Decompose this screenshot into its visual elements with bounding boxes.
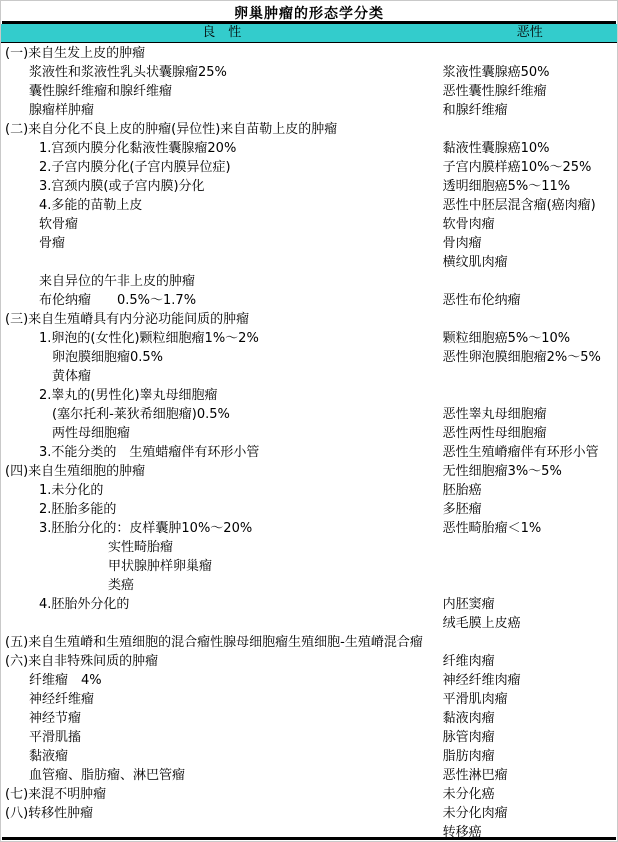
malignant-cell [443, 310, 617, 329]
benign-cell: (五)来自生殖嵴和生殖细胞的混合瘤性腺母细胞瘤生殖细胞-生殖嵴混合瘤 [1, 633, 443, 652]
table-row: 神经纤维瘤 平滑肌肉瘤 [1, 690, 617, 709]
table-row: 卵泡膜细胞瘤0.5% 恶性卵泡膜细胞瘤2%～5% [1, 348, 617, 367]
malignant-cell [443, 272, 617, 291]
malignant-cell: 子宫内膜样癌10%～25% [443, 158, 617, 177]
malignant-cell: 恶性囊性腺纤维瘤 [443, 82, 617, 101]
malignant-cell: 恶性两性母细胞瘤 [443, 424, 617, 443]
benign-cell: 实性畸胎瘤 [1, 538, 443, 557]
benign-cell: 软骨瘤 [1, 215, 443, 234]
table-row: (二)来自分化不良上皮的肿瘤(异位性)来自苗勒上皮的肿瘤 [1, 120, 617, 139]
benign-cell: 1.宫颈内膜分化黏液性囊腺瘤20% [1, 139, 443, 158]
table-row: 3.胚胎分化的：皮样囊肿10%～20% 恶性畸胎瘤＜1% [1, 519, 617, 538]
malignant-cell [443, 367, 617, 386]
benign-cell: 卵泡膜细胞瘤0.5% [1, 348, 443, 367]
malignant-cell: 黏液肉瘤 [443, 709, 617, 728]
bottom-rule [2, 837, 616, 840]
malignant-cell: 未分化癌 [443, 785, 617, 804]
benign-cell: 3.宫颈内膜(或子宫内膜)分化 [1, 177, 443, 196]
table-row: 布伦纳瘤 0.5%～1.7% 恶性布伦纳瘤 [1, 291, 617, 310]
malignant-column-header: 恶性 [443, 24, 617, 42]
table-row: 甲状腺肿样卵巢瘤 [1, 557, 617, 576]
benign-cell: 来自异位的午非上皮的肿瘤 [1, 272, 443, 291]
malignant-cell: 神经纤维肉瘤 [443, 671, 617, 690]
benign-cell: (八)转移性肿瘤 [1, 804, 443, 823]
table-row: 4.胚胎外分化的 内胚窦瘤 [1, 595, 617, 614]
malignant-cell: 脂肪肉瘤 [443, 747, 617, 766]
benign-cell: 神经节瘤 [1, 709, 443, 728]
benign-cell: (一)来自生发上皮的肿瘤 [1, 44, 443, 63]
benign-cell: 两性母细胞瘤 [1, 424, 443, 443]
table-row: (一)来自生发上皮的肿瘤 [1, 44, 617, 63]
table-row: 血管瘤、脂肪瘤、淋巴管瘤 恶性淋巴瘤 [1, 766, 617, 785]
malignant-cell [443, 120, 617, 139]
table-row: 1.宫颈内膜分化黏液性囊腺瘤20% 黏液性囊腺癌10% [1, 139, 617, 158]
malignant-cell: 恶性卵泡膜细胞瘤2%～5% [443, 348, 617, 367]
benign-cell: 3.不能分类的 生殖蜡瘤伴有环形小管 [1, 443, 443, 462]
malignant-cell [443, 633, 617, 652]
malignant-cell: 软骨肉瘤 [443, 215, 617, 234]
malignant-cell: 恶性生殖嵴瘤伴有环形小管 [443, 443, 617, 462]
malignant-cell: 恶性淋巴瘤 [443, 766, 617, 785]
malignant-cell: 恶性睾丸母细胞瘤 [443, 405, 617, 424]
table-row: (四)来自生殖细胞的肿瘤 无性细胞瘤3%～5% [1, 462, 617, 481]
table-row: 浆液性和浆液性乳头状囊腺瘤25% 浆液性囊腺癌50% [1, 63, 617, 82]
malignant-cell: 骨肉瘤 [443, 234, 617, 253]
malignant-cell: 和腺纤维瘤 [443, 101, 617, 120]
table-row: 囊性腺纤维瘤和腺纤维瘤 恶性囊性腺纤维瘤 [1, 82, 617, 101]
table-row: 黄体瘤 [1, 367, 617, 386]
malignant-cell: 无性细胞瘤3%～5% [443, 462, 617, 481]
malignant-cell [443, 557, 617, 576]
benign-column-header: 良 性 [1, 24, 443, 42]
malignant-cell: 纤维肉瘤 [443, 652, 617, 671]
benign-cell: (三)来自生殖嵴具有内分泌功能间质的肿瘤 [1, 310, 443, 329]
malignant-cell: 脉管肉瘤 [443, 728, 617, 747]
benign-cell: 3.胚胎分化的：皮样囊肿10%～20% [1, 519, 443, 538]
malignant-cell: 恶性中胚层混含瘤(癌肉瘤) [443, 196, 617, 215]
benign-cell: (七)来混不明肿瘤 [1, 785, 443, 804]
benign-cell: (二)来自分化不良上皮的肿瘤(异位性)来自苗勒上皮的肿瘤 [1, 120, 443, 139]
table-row: (六)来自非特殊间质的肿瘤 纤维肉瘤 [1, 652, 617, 671]
table-row: 两性母细胞瘤 恶性两性母细胞瘤 [1, 424, 617, 443]
table-row: 3.宫颈内膜(或子宫内膜)分化 透明细胞癌5%～11% [1, 177, 617, 196]
malignant-cell [443, 44, 617, 63]
page-title: 卵巢肿瘤的形态学分类 [1, 3, 617, 23]
table-row: 2.胚胎多能的 多胚瘤 [1, 500, 617, 519]
malignant-cell: 透明细胞癌5%～11% [443, 177, 617, 196]
table-row: 横纹肌肉瘤 [1, 253, 617, 272]
benign-cell [1, 614, 443, 633]
benign-cell: 布伦纳瘤 0.5%～1.7% [1, 291, 443, 310]
table-row: 2.子宫内膜分化(子宫内膜异位症) 子宫内膜样癌10%～25% [1, 158, 617, 177]
malignant-cell [443, 538, 617, 557]
malignant-cell: 绒毛膜上皮癌 [443, 614, 617, 633]
benign-cell: 腺瘤样肿瘤 [1, 101, 443, 120]
malignant-cell [443, 576, 617, 595]
table-row: 软骨瘤 软骨肉瘤 [1, 215, 617, 234]
table-row: 4.多能的苗勒上皮 恶性中胚层混含瘤(癌肉瘤) [1, 196, 617, 215]
malignant-cell: 恶性布伦纳瘤 [443, 291, 617, 310]
table-row: (八)转移性肿瘤 未分化肉瘤 [1, 804, 617, 823]
table-row: 2.睾丸的(男性化)睾丸母细胞瘤 [1, 386, 617, 405]
document-page: 卵巢肿瘤的形态学分类 良 性 恶性 (一)来自生发上皮的肿瘤 浆液性和浆液性乳头… [0, 0, 618, 842]
benign-cell: 1.未分化的 [1, 481, 443, 500]
malignant-cell: 多胚瘤 [443, 500, 617, 519]
malignant-cell: 浆液性囊腺癌50% [443, 63, 617, 82]
malignant-cell: 平滑肌肉瘤 [443, 690, 617, 709]
benign-cell [1, 253, 443, 272]
benign-cell: 骨瘤 [1, 234, 443, 253]
benign-cell: 平滑肌搐 [1, 728, 443, 747]
table-row: 1.未分化的 胚胎癌 [1, 481, 617, 500]
table-row: 来自异位的午非上皮的肿瘤 [1, 272, 617, 291]
table-row: 骨瘤 骨肉瘤 [1, 234, 617, 253]
malignant-cell: 胚胎癌 [443, 481, 617, 500]
benign-cell: (六)来自非特殊间质的肿瘤 [1, 652, 443, 671]
table-row: 平滑肌搐 脉管肉瘤 [1, 728, 617, 747]
benign-cell: 2.子宫内膜分化(子宫内膜异位症) [1, 158, 443, 177]
benign-cell: 神经纤维瘤 [1, 690, 443, 709]
table-header: 良 性 恶性 [1, 24, 617, 43]
benign-cell: 血管瘤、脂肪瘤、淋巴管瘤 [1, 766, 443, 785]
benign-cell: (四)来自生殖细胞的肿瘤 [1, 462, 443, 481]
table-row: (塞尔托利-莱狄希细胞瘤)0.5% 恶性睾丸母细胞瘤 [1, 405, 617, 424]
table-row: 腺瘤样肿瘤 和腺纤维瘤 [1, 101, 617, 120]
benign-cell: 甲状腺肿样卵巢瘤 [1, 557, 443, 576]
table-body: (一)来自生发上皮的肿瘤 浆液性和浆液性乳头状囊腺瘤25% 浆液性囊腺癌50% … [1, 44, 617, 842]
table-row: 实性畸胎瘤 [1, 538, 617, 557]
malignant-cell: 颗粒细胞癌5%～10% [443, 329, 617, 348]
table-row: 黏液瘤 脂肪肉瘤 [1, 747, 617, 766]
table-row: 纤维瘤 4% 神经纤维肉瘤 [1, 671, 617, 690]
malignant-cell: 黏液性囊腺癌10% [443, 139, 617, 158]
benign-cell: 黏液瘤 [1, 747, 443, 766]
benign-cell: (塞尔托利-莱狄希细胞瘤)0.5% [1, 405, 443, 424]
benign-cell: 2.睾丸的(男性化)睾丸母细胞瘤 [1, 386, 443, 405]
table-row: 类癌 [1, 576, 617, 595]
table-row: 神经节瘤 黏液肉瘤 [1, 709, 617, 728]
table-row: (三)来自生殖嵴具有内分泌功能间质的肿瘤 [1, 310, 617, 329]
malignant-cell: 未分化肉瘤 [443, 804, 617, 823]
malignant-cell [443, 386, 617, 405]
table-row: (七)来混不明肿瘤 未分化癌 [1, 785, 617, 804]
malignant-cell: 横纹肌肉瘤 [443, 253, 617, 272]
benign-cell: 囊性腺纤维瘤和腺纤维瘤 [1, 82, 443, 101]
table-row: 3.不能分类的 生殖蜡瘤伴有环形小管 恶性生殖嵴瘤伴有环形小管 [1, 443, 617, 462]
table-row: (五)来自生殖嵴和生殖细胞的混合瘤性腺母细胞瘤生殖细胞-生殖嵴混合瘤 [1, 633, 617, 652]
benign-cell: 类癌 [1, 576, 443, 595]
table-row: 1.卵泡的(女性化)颗粒细胞瘤1%～2% 颗粒细胞癌5%～10% [1, 329, 617, 348]
malignant-cell: 内胚窦瘤 [443, 595, 617, 614]
benign-cell: 2.胚胎多能的 [1, 500, 443, 519]
malignant-cell: 恶性畸胎瘤＜1% [443, 519, 617, 538]
benign-cell: 纤维瘤 4% [1, 671, 443, 690]
benign-cell: 1.卵泡的(女性化)颗粒细胞瘤1%～2% [1, 329, 443, 348]
table-row: 绒毛膜上皮癌 [1, 614, 617, 633]
benign-cell: 浆液性和浆液性乳头状囊腺瘤25% [1, 63, 443, 82]
benign-cell: 4.胚胎外分化的 [1, 595, 443, 614]
benign-cell: 黄体瘤 [1, 367, 443, 386]
benign-cell: 4.多能的苗勒上皮 [1, 196, 443, 215]
